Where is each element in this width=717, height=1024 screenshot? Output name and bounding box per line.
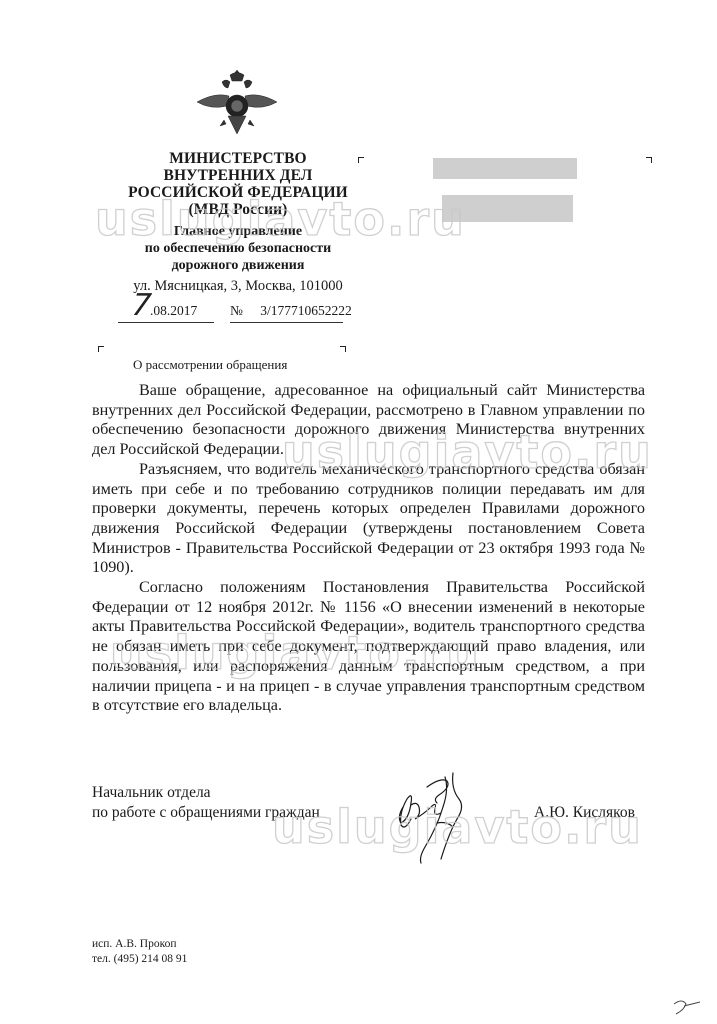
department-name: Главное управление по обеспечению безопа…: [100, 223, 376, 274]
registration-number: 3/177710652222: [246, 303, 366, 319]
dept-line: дорожного движения: [100, 257, 376, 274]
executor-info: исп. А.В. Прокоп тел. (495) 214 08 91: [92, 937, 187, 966]
subject-corner-top-left: [98, 346, 104, 352]
addressee-corner-top-left: [358, 157, 364, 163]
letterhead: МИНИСТЕРСТВО ВНУТРЕННИХ ДЕЛ РОССИЙСКОЙ Ф…: [100, 150, 376, 295]
letter-subject: О рассмотрении обращения: [133, 357, 287, 373]
addressee-corner-top-right: [646, 157, 652, 163]
redacted-addressee-line: [433, 158, 577, 179]
org-name-line: МИНИСТЕРСТВО: [100, 150, 376, 167]
signer-position: Начальник отдела: [92, 783, 652, 803]
dept-line: Главное управление: [100, 223, 376, 240]
executor-name: исп. А.В. Прокоп: [92, 937, 187, 952]
signature-block: Начальник отдела по работе с обращениями…: [92, 783, 652, 823]
date-month-year: .08.2017: [150, 303, 197, 319]
handwritten-signature-icon: [383, 765, 493, 865]
org-short-name: (МВД России): [100, 201, 376, 218]
subject-corner-top-right: [340, 346, 346, 352]
org-name-line: РОССИЙСКОЙ ФЕДЕРАЦИИ: [100, 184, 376, 201]
date-underline: [118, 322, 214, 323]
body-paragraph: Ваше обращение, адресованное на официаль…: [92, 381, 645, 460]
body-paragraph: Разъясняем, что водитель механического т…: [92, 460, 645, 578]
redacted-addressee-line: [442, 195, 573, 222]
org-name-line: ВНУТРЕННИХ ДЕЛ: [100, 167, 376, 184]
signer-name: А.Ю. Кисляков: [534, 803, 635, 823]
mvd-emblem-icon: [192, 66, 282, 140]
executor-phone: тел. (495) 214 08 91: [92, 952, 187, 967]
body-paragraph: Согласно положениям Постановления Правит…: [92, 578, 645, 716]
handwritten-initial-icon: [668, 996, 704, 1016]
number-sign: №: [230, 303, 243, 319]
dept-line: по обеспечению безопасности: [100, 240, 376, 257]
letter-body: Ваше обращение, адресованное на официаль…: [92, 381, 645, 716]
number-underline: [230, 322, 343, 323]
registration-row: 7 .08.2017 № 3/177710652222: [118, 294, 348, 324]
